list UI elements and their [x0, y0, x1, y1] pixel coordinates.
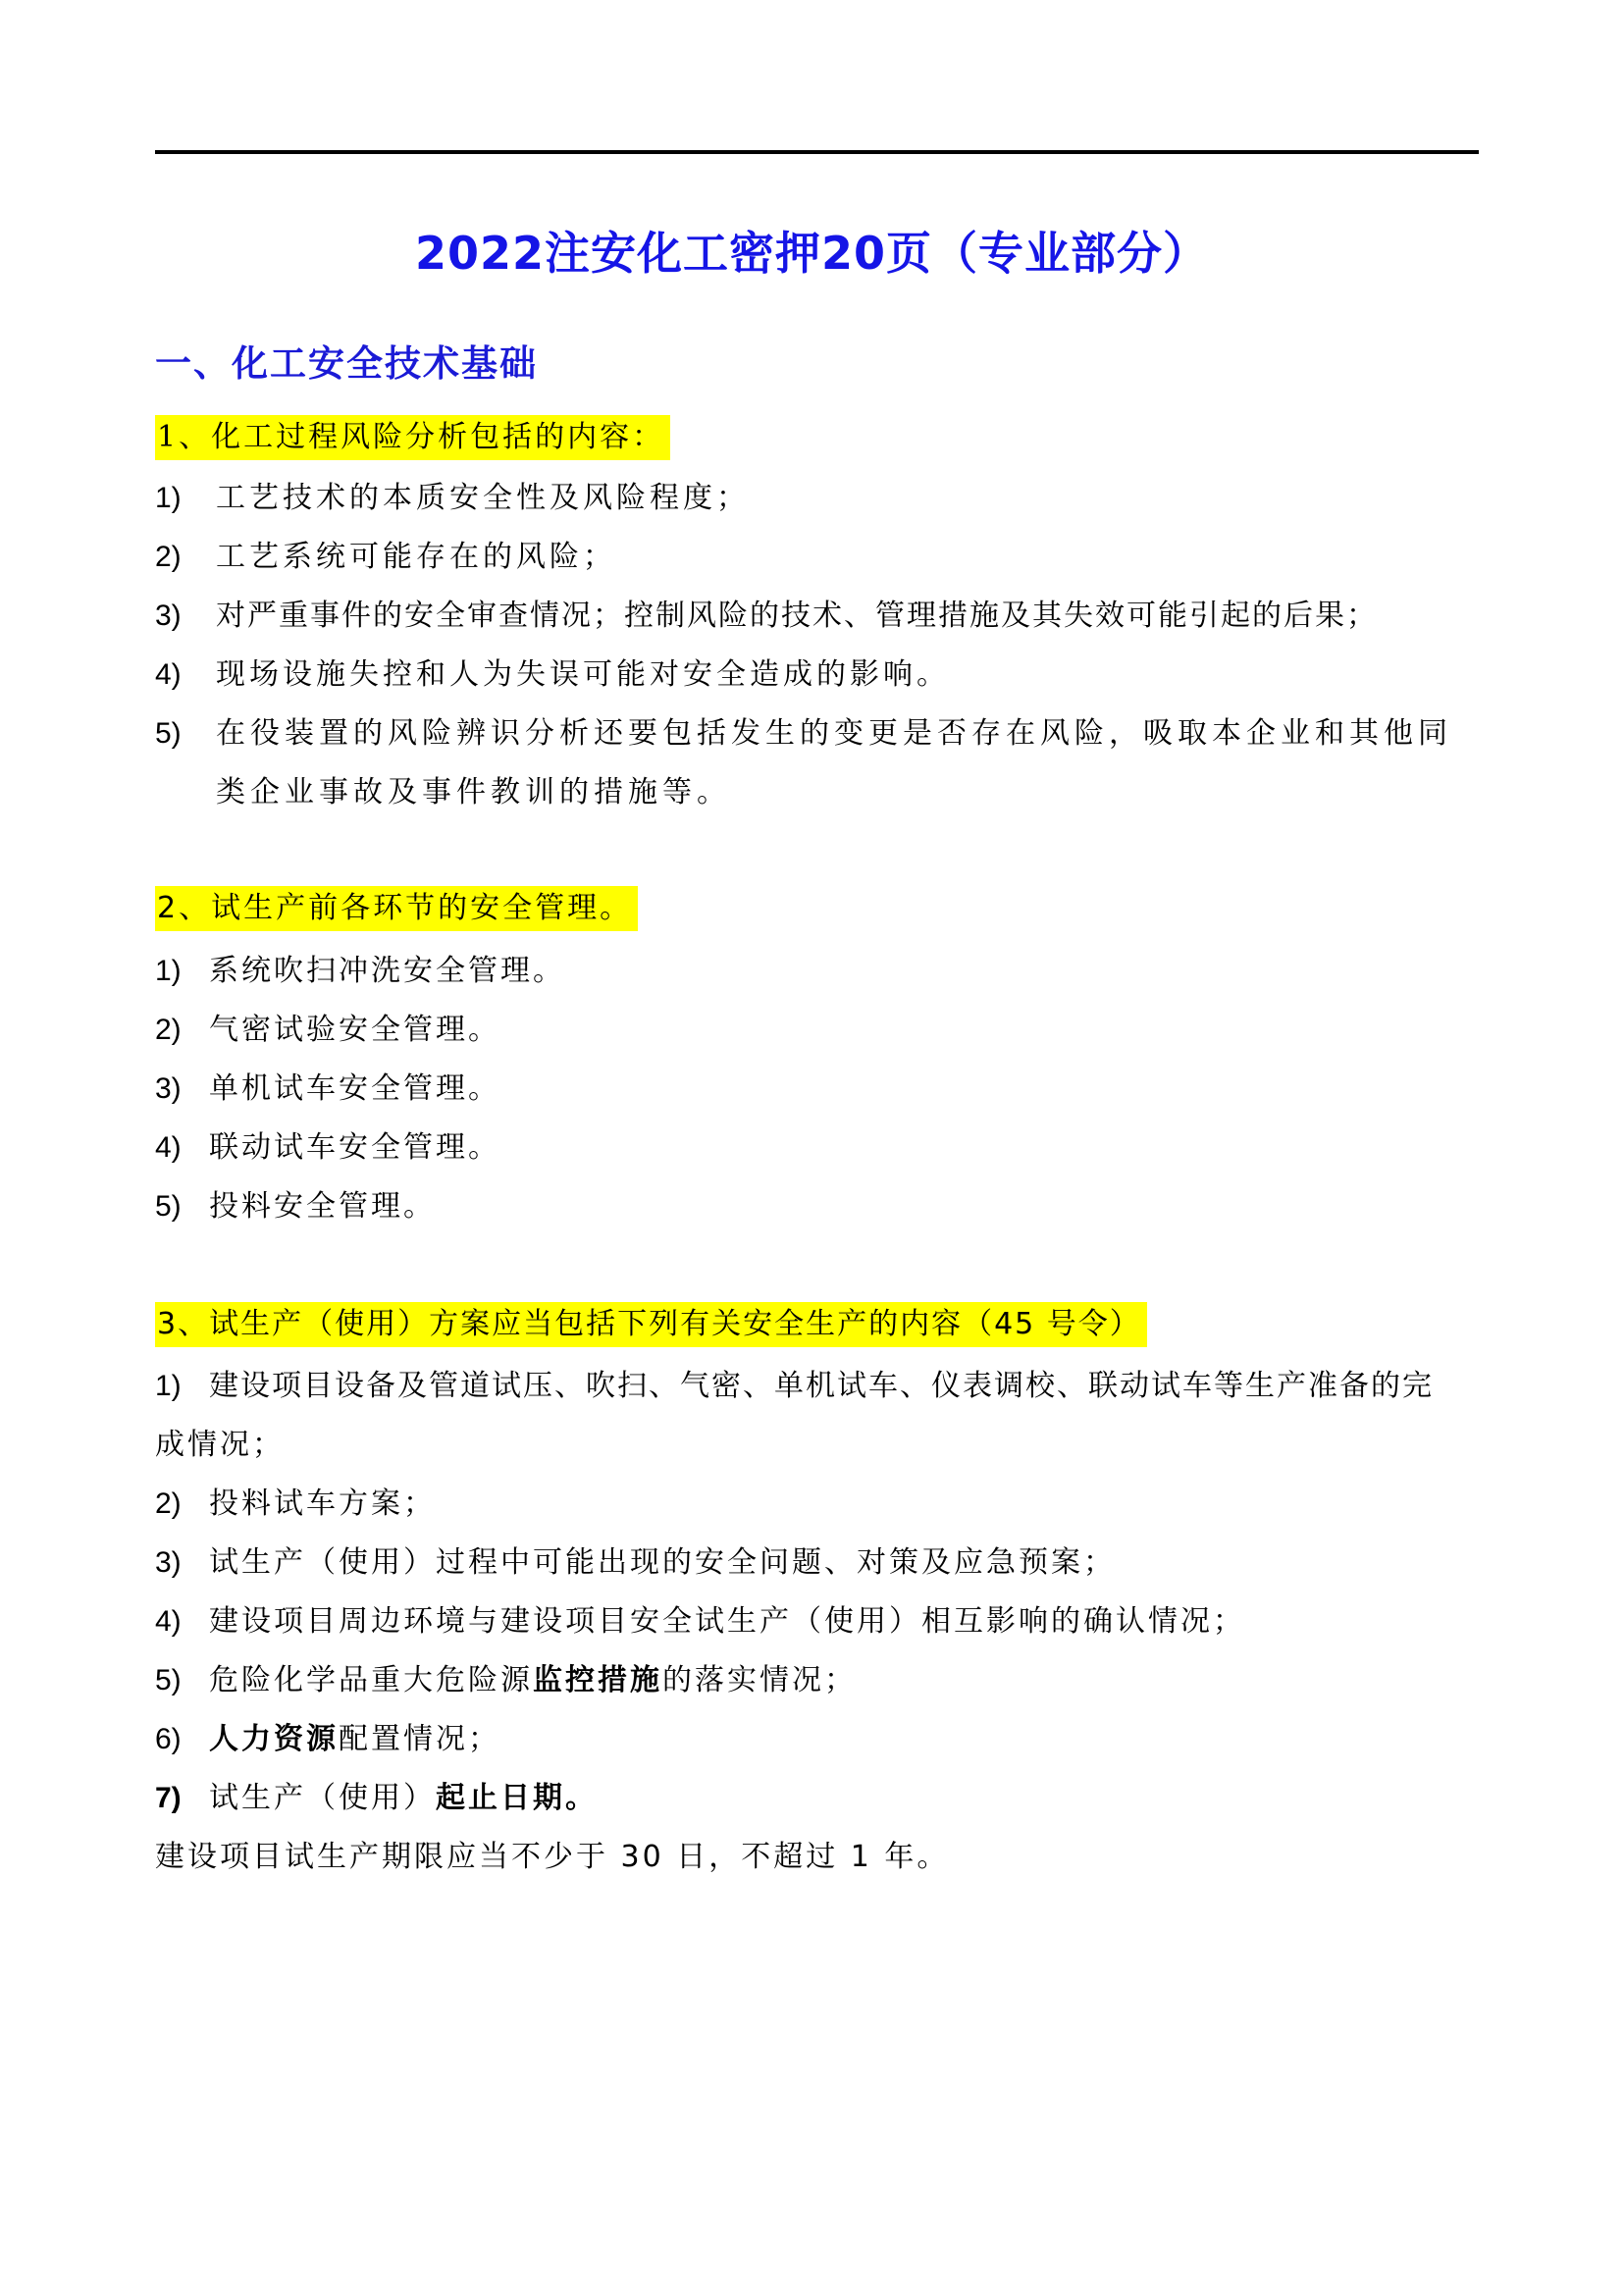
subsection-1: 1、化工过程风险分析包括的内容：: [155, 415, 1480, 460]
item-text: 对严重事件的安全审查情况；控制风险的技术、管理措施及其失效可能引起的后果；: [216, 599, 1378, 633]
item-number: 5): [155, 1651, 182, 1710]
item-number: 4): [155, 1592, 182, 1651]
item-text: 工艺技术的本质安全性及风险程度；: [216, 481, 750, 515]
item-number: 1): [155, 1357, 182, 1416]
item-text-bold: 监控措施: [533, 1663, 662, 1697]
note-text: 建设项目试生产期限应当不少于 30 日，不超过 1 年。: [155, 1828, 1480, 1887]
subsection-heading-highlighted: 3、试生产（使用）方案应当包括下列有关安全生产的内容（45 号令）: [155, 1302, 1147, 1347]
item-text: 联动试车安全管理。: [209, 1130, 500, 1165]
list-item: 1) 系统吹扫冲洗安全管理。: [155, 942, 1480, 1001]
item-text: 投料安全管理。: [209, 1189, 436, 1224]
list-item: 5) 危险化学品重大危险源监控措施的落实情况；: [155, 1651, 1480, 1710]
header-rule: [155, 150, 1479, 154]
item-number: 4): [155, 1119, 182, 1177]
list-item: 3) 对严重事件的安全审查情况；控制风险的技术、管理措施及其失效可能引起的后果；: [155, 587, 1480, 646]
subsection-2: 2、试生产前各环节的安全管理。: [155, 886, 1480, 931]
item-number: 5): [155, 704, 182, 763]
item-text: 单机试车安全管理。: [209, 1071, 500, 1106]
item-number: 3): [155, 587, 182, 646]
list-item: 1) 建设项目设备及管道试压、吹扫、气密、单机试车、仪表调校、联动试车等生产准备…: [155, 1357, 1480, 1416]
item-text: 系统吹扫冲洗安全管理。: [209, 954, 565, 988]
item-text: 建设项目周边环境与建设项目安全试生产（使用）相互影响的确认情况；: [209, 1604, 1245, 1639]
list-item: 3) 试生产（使用）过程中可能出现的安全问题、对策及应急预案；: [155, 1534, 1480, 1592]
item-text-bold: 起止日期。: [436, 1781, 598, 1815]
section-heading: 一、化工安全技术基础: [155, 339, 538, 390]
list-item: 2) 工艺系统可能存在的风险；: [155, 528, 1480, 587]
list-item: 7) 试生产（使用）起止日期。: [155, 1769, 1480, 1828]
item-number: 1): [155, 469, 182, 528]
item-text: 工艺系统可能存在的风险；: [216, 540, 616, 574]
subsection-heading-highlighted: 1、化工过程风险分析包括的内容：: [155, 415, 670, 460]
list-item: 4) 联动试车安全管理。: [155, 1119, 1480, 1177]
item-text-pre: 试生产（使用）: [209, 1781, 436, 1815]
item-text: 试生产（使用）过程中可能出现的安全问题、对策及应急预案；: [209, 1545, 1116, 1580]
subsection-3-list: 1) 建设项目设备及管道试压、吹扫、气密、单机试车、仪表调校、联动试车等生产准备…: [155, 1357, 1480, 1887]
item-number: 5): [155, 1177, 182, 1236]
item-text: 建设项目设备及管道试压、吹扫、气密、单机试车、仪表调校、联动试车等生产准备的完: [209, 1369, 1434, 1403]
subsection-2-list: 1) 系统吹扫冲洗安全管理。 2) 气密试验安全管理。 3) 单机试车安全管理。…: [155, 942, 1480, 1236]
subsection-heading-highlighted: 2、试生产前各环节的安全管理。: [155, 886, 638, 931]
list-item: 6) 人力资源配置情况；: [155, 1710, 1480, 1769]
item-text-post: 配置情况；: [339, 1722, 500, 1756]
item-text-pre: 危险化学品重大危险源: [209, 1663, 533, 1697]
item-text: 在役装置的风险辨识分析还要包括发生的变更是否存在风险，吸取本企业和其他同类企业事…: [216, 716, 1452, 809]
item-number: 2): [155, 1475, 182, 1534]
list-item: 2) 气密试验安全管理。: [155, 1001, 1480, 1060]
list-item: 4) 现场设施失控和人为失误可能对安全造成的影响。: [155, 646, 1480, 704]
item-text: 投料试车方案；: [209, 1487, 436, 1521]
list-item: 5) 在役装置的风险辨识分析还要包括发生的变更是否存在风险，吸取本企业和其他同类…: [155, 704, 1480, 822]
document-title: 2022注安化工密押20页（专业部分）: [0, 224, 1624, 283]
item-number: 4): [155, 646, 182, 704]
item-text: 气密试验安全管理。: [209, 1013, 500, 1047]
list-item: 1) 工艺技术的本质安全性及风险程度；: [155, 469, 1480, 528]
item-text: 现场设施失控和人为失误可能对安全造成的影响。: [216, 657, 950, 692]
item-number: 3): [155, 1534, 182, 1592]
item-text-post: 的落实情况；: [662, 1663, 857, 1697]
list-item: 5) 投料安全管理。: [155, 1177, 1480, 1236]
subsection-1-list: 1) 工艺技术的本质安全性及风险程度； 2) 工艺系统可能存在的风险； 3) 对…: [155, 469, 1480, 822]
list-item: 4) 建设项目周边环境与建设项目安全试生产（使用）相互影响的确认情况；: [155, 1592, 1480, 1651]
item-number: 2): [155, 1001, 182, 1060]
item-number: 6): [155, 1710, 182, 1769]
list-item: 2) 投料试车方案；: [155, 1475, 1480, 1534]
list-item-continuation: 成情况；: [155, 1416, 1480, 1475]
item-number: 1): [155, 942, 182, 1001]
subsection-3: 3、试生产（使用）方案应当包括下列有关安全生产的内容（45 号令）: [155, 1302, 1480, 1347]
list-item: 3) 单机试车安全管理。: [155, 1060, 1480, 1119]
item-text-bold: 人力资源: [209, 1722, 339, 1756]
item-number: 7): [155, 1769, 182, 1828]
item-number: 3): [155, 1060, 182, 1119]
item-number: 2): [155, 528, 182, 587]
